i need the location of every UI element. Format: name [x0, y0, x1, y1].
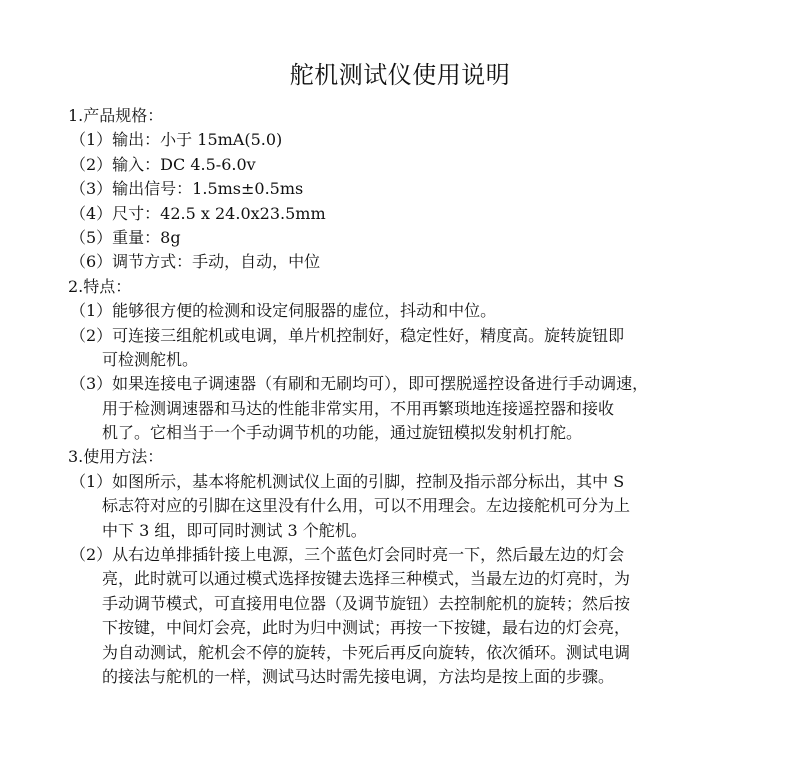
feature-2: （2）可连接三组舵机或电调，单片机控制好，稳定性好，精度高。旋转旋钮即	[68, 324, 748, 348]
usage-1-cont: 中下 3 组，即可同时测试 3 个舵机。	[68, 519, 748, 543]
feature-3-cont: 机了。它相当于一个手动调节机的功能，通过旋钮模拟发射机打舵。	[68, 421, 748, 445]
usage-2-cont: 亮，此时就可以通过模式选择按键去选择三种模式，当最左边的灯亮时，为	[68, 567, 748, 591]
usage-1-cont: 标志符对应的引脚在这里没有什么用，可以不用理会。左边接舵机可分为上	[68, 494, 748, 518]
usage-2-cont: 的接法与舵机的一样，测试马达时需先接电调，方法均是按上面的步骤。	[68, 665, 748, 689]
spec-input: （2）输入：DC 4.5-6.0v	[68, 153, 748, 177]
section-heading-specs: 1.产品规格：	[68, 104, 748, 128]
usage-2-cont: 下按键，中间灯会亮，此时为归中测试；再按一下按键，最右边的灯会亮，	[68, 616, 748, 640]
usage-2-cont: 手动调节模式，可直接用电位器（及调节旋钮）去控制舵机的旋转；然后按	[68, 592, 748, 616]
section-heading-usage: 3.使用方法：	[68, 445, 748, 469]
document-title: 舵机测试仪使用说明	[0, 58, 800, 92]
feature-3: （3）如果连接电子调速器（有刷和无刷均可），即可摆脱遥控设备进行手动调速，	[68, 372, 748, 396]
document-body: 1.产品规格： （1）输出：小于 15mA(5.0) （2）输入：DC 4.5-…	[68, 104, 748, 689]
spec-output: （1）输出：小于 15mA(5.0)	[68, 128, 748, 152]
feature-2-cont: 可检测舵机。	[68, 348, 748, 372]
section-heading-features: 2.特点：	[68, 275, 748, 299]
spec-modes: （6）调节方式：手动，自动，中位	[68, 250, 748, 274]
spec-signal: （3）输出信号：1.5ms±0.5ms	[68, 177, 748, 201]
usage-2: （2）从右边单排插针接上电源，三个蓝色灯会同时亮一下，然后最左边的灯会	[68, 543, 748, 567]
usage-2-cont: 为自动测试，舵机会不停的旋转，卡死后再反向旋转，依次循环。测试电调	[68, 641, 748, 665]
usage-1: （1）如图所示，基本将舵机测试仪上面的引脚，控制及指示部分标出，其中 S	[68, 470, 748, 494]
spec-size: （4）尺寸：42.5 x 24.0x23.5mm	[68, 202, 748, 226]
feature-1: （1）能够很方便的检测和设定伺服器的虚位，抖动和中位。	[68, 299, 748, 323]
feature-3-cont: 用于检测调速器和马达的性能非常实用，不用再繁琐地连接遥控器和接收	[68, 397, 748, 421]
spec-weight: （5）重量：8g	[68, 226, 748, 250]
